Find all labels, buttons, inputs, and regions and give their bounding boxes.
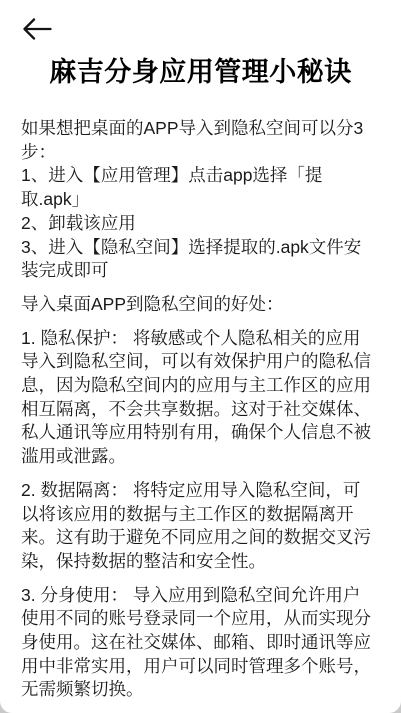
article-card: 麻吉分身应用管理小秘诀 如果想把桌面的APP导入到隐私空间可以分3 步： 1、进… bbox=[0, 0, 401, 713]
benefits-heading: 导入桌面APP到隐私空间的好处： bbox=[21, 293, 380, 317]
page-title: 麻吉分身应用管理小秘诀 bbox=[16, 54, 385, 90]
benefit-privacy-paragraph: 1. 隐私保护： 将敏感或个人隐私相关的应用 导入到隐私空间，可以有效保护用户的… bbox=[21, 327, 380, 469]
benefit-clone-usage-paragraph: 3. 分身使用： 导入应用到隐私空间允许用户 使用不同的账号登录同一个应用，从而… bbox=[21, 584, 380, 703]
back-arrow-icon bbox=[22, 18, 52, 40]
back-button[interactable] bbox=[16, 10, 60, 48]
benefit-data-isolation-paragraph: 2. 数据隔离： 将特定应用导入隐私空间，可 以将该应用的数据与主工作区的数据隔… bbox=[21, 479, 380, 574]
intro-steps-paragraph: 如果想把桌面的APP导入到隐私空间可以分3 步： 1、进入【应用管理】点击app… bbox=[21, 117, 380, 283]
article-scroll-area[interactable]: 如果想把桌面的APP导入到隐私空间可以分3 步： 1、进入【应用管理】点击app… bbox=[21, 117, 380, 702]
